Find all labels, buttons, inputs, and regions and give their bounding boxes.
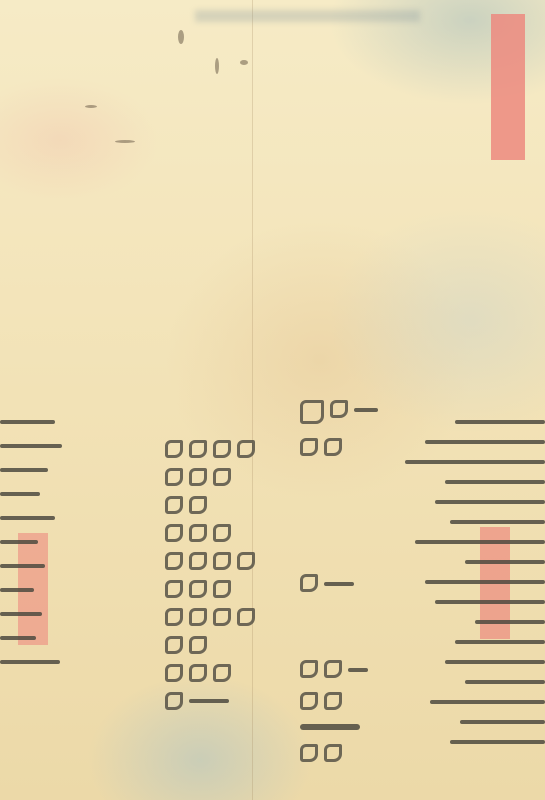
red-seal-band-top-right xyxy=(491,14,525,160)
text-block-center-left xyxy=(165,440,255,710)
ink-smudge xyxy=(195,10,420,22)
ink-speck xyxy=(215,58,219,74)
ink-speck xyxy=(85,105,97,108)
text-block-center xyxy=(300,400,378,762)
ink-speck xyxy=(115,140,135,143)
text-block-left-edge xyxy=(0,420,62,664)
manuscript-page: historical Japanese handwritten manuscri… xyxy=(0,0,545,800)
text-block-right xyxy=(395,420,545,744)
ink-speck xyxy=(178,30,184,44)
ink-speck xyxy=(240,60,248,65)
